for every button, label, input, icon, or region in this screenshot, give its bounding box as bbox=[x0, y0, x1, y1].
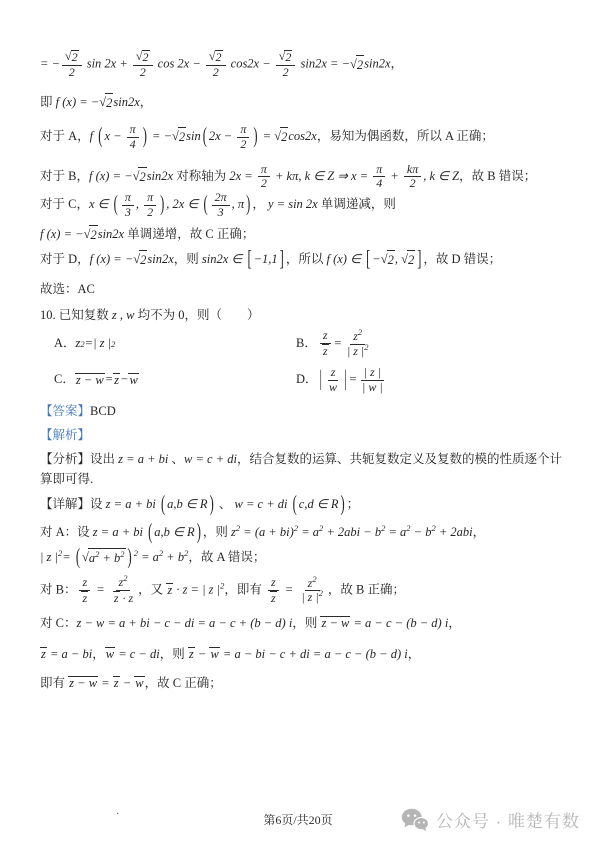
overline-conjugate: z bbox=[113, 373, 120, 388]
sqrt-radical: √a2 + b2 bbox=[82, 548, 126, 568]
fraction: 2π3 bbox=[212, 191, 230, 220]
close-delimiter: ) bbox=[246, 188, 250, 222]
document-page: = −√22 sin 2x + √22 cos 2x − √22 cos2x −… bbox=[0, 0, 596, 842]
sqrt-radical: √2 bbox=[99, 93, 113, 113]
sqrt-radical: √2 bbox=[65, 50, 79, 65]
wechat-icon bbox=[401, 808, 429, 832]
sqrt-radical: √2 bbox=[133, 250, 147, 270]
fraction: zz bbox=[319, 329, 332, 359]
line-options-row-2-col-1: C．z − w = z − w bbox=[54, 370, 296, 390]
sqrt-radical: √2 bbox=[381, 250, 395, 270]
fraction: √22 bbox=[276, 50, 296, 80]
open-delimiter: | bbox=[320, 363, 323, 397]
sqrt-radical: √2 bbox=[279, 50, 293, 65]
close-delimiter: ) bbox=[340, 488, 344, 522]
open-delimiter: ( bbox=[148, 516, 152, 550]
document-content: = −√22 sin 2x + √22 cos 2x − √22 cos2x −… bbox=[40, 50, 566, 694]
sqrt-radical: √2 bbox=[209, 50, 223, 65]
fraction: π2 bbox=[237, 123, 249, 152]
fraction: √22 bbox=[133, 50, 153, 80]
line-answer-line: 【答案】BCD bbox=[40, 402, 566, 421]
overline-conjugate: z bbox=[113, 591, 120, 605]
line-options-row-1-col-1: A．z2 =| z |2 bbox=[54, 334, 296, 354]
line-options-row-2: C．z − w = z − wD．|zw| = | z || w | bbox=[40, 366, 566, 395]
overline-conjugate: w bbox=[105, 647, 115, 662]
close-delimiter: | bbox=[344, 363, 347, 397]
fraction: π2 bbox=[258, 163, 270, 192]
overline-conjugate: w bbox=[209, 647, 219, 662]
sqrt-radical: √2 bbox=[84, 225, 98, 245]
overline-conjugate: z bbox=[81, 591, 88, 605]
line-option-a-analysis: 对于 A，f (x − π4) = −√2sin(2x − π2) = √2co… bbox=[40, 123, 566, 152]
overline-conjugate: z bbox=[188, 647, 195, 662]
sqrt-radical: √2 bbox=[274, 127, 288, 147]
open-delimiter: ( bbox=[293, 488, 297, 522]
overline-conjugate: z − w bbox=[75, 373, 105, 388]
sqrt-radical: √2 bbox=[172, 127, 186, 147]
page-number: 第6页/共20页 bbox=[263, 811, 332, 828]
line-detail-a: 对 A：设 z = a + bi (a,b ∈ R)，则 z2 = (a + b… bbox=[40, 523, 566, 542]
footer-dot: · bbox=[116, 809, 119, 820]
open-delimiter: ( bbox=[98, 120, 102, 154]
line-options-row-2-col-2: D．|zw| = | z || w | bbox=[296, 366, 388, 395]
line-eq-simplify: = −√22 sin 2x + √22 cos 2x − √22 cos2x −… bbox=[40, 50, 566, 80]
line-detail-c-2: z = a − bi，w = c − di，则 z − w = a − bi −… bbox=[40, 645, 566, 664]
close-delimiter: ) bbox=[210, 488, 214, 522]
open-delimiter: ( bbox=[76, 540, 80, 574]
superscript: 2 bbox=[312, 574, 316, 584]
open-delimiter: ( bbox=[203, 120, 207, 154]
line-detail-b: 对 B：zz = z2z · z，又 z · z = | z |2，即有 zz … bbox=[40, 576, 566, 606]
sqrt-radical: √2 bbox=[350, 55, 364, 75]
fraction: zz bbox=[78, 576, 91, 606]
line-analysis-label: 【解析】 bbox=[40, 426, 566, 445]
close-delimiter: ) bbox=[128, 540, 132, 574]
open-delimiter: ( bbox=[161, 488, 165, 522]
open-delimiter: [ bbox=[366, 243, 370, 277]
line-detail-c-1: 对 C：z − w = a + bi − c − di = a − c + (b… bbox=[40, 614, 566, 633]
line-answer-choice-9: 故选：AC bbox=[40, 280, 566, 299]
sqrt-radical: √2 bbox=[136, 50, 150, 65]
fraction: √22 bbox=[62, 50, 82, 80]
line-option-c-analysis-2: f (x) = −√2sin2x 单调递增，故 C 正确； bbox=[40, 225, 566, 245]
open-delimiter: [ bbox=[247, 243, 251, 277]
fraction: √22 bbox=[206, 50, 226, 80]
line-options-row-1-col-2: B．zz = z2| z |2 bbox=[296, 329, 373, 359]
fraction: z2| z |2 bbox=[298, 577, 326, 606]
fraction: zz bbox=[267, 576, 280, 606]
line-option-b-analysis: 对于 B，f (x) = −√2sin2x 对称轴为 2x = π2 + kπ,… bbox=[40, 163, 566, 192]
overline-conjugate: z − w bbox=[68, 676, 98, 691]
close-delimiter: ) bbox=[197, 516, 201, 550]
overline-conjugate: z bbox=[40, 647, 47, 662]
overline-conjugate: z bbox=[113, 676, 120, 691]
brand-label: 公众号 · 唯楚有数 bbox=[436, 807, 580, 832]
superscript: 2 bbox=[319, 588, 323, 598]
line-fx-definition: 即 f (x) = −√2sin2x， bbox=[40, 93, 566, 113]
fraction: z2| z |2 bbox=[344, 330, 372, 359]
fraction: kπ2 bbox=[404, 163, 421, 192]
close-delimiter: ] bbox=[417, 243, 421, 277]
overline-conjugate: z bbox=[322, 344, 329, 358]
fraction: | z || w | bbox=[359, 366, 386, 395]
brand-footer: 公众号 · 唯楚有数 bbox=[401, 807, 580, 832]
line-detail-c-3: 即有 z − w = z − w，故 C 正确； bbox=[40, 674, 566, 693]
sqrt-radical: √2 bbox=[133, 167, 147, 187]
superscript: 2 bbox=[120, 549, 124, 559]
fraction: π2 bbox=[144, 191, 156, 220]
line-detail-a-2: | z |2= (√a2 + b2)2 = a2 + b2，故 A 错误； bbox=[40, 548, 566, 568]
line-options-row-1: A．z2 =| z |2B．zz = z2| z |2 bbox=[40, 329, 566, 359]
overline-conjugate: z − w bbox=[320, 616, 350, 631]
line-question-10: 10. 已知复数 z , w 均不为 0，则（ ） bbox=[40, 306, 566, 325]
fraction: π3 bbox=[122, 191, 134, 220]
line-option-c-analysis-1: 对于 C，x ∈ (π3, π2), 2x ∈ (2π3, π)， y = si… bbox=[40, 191, 566, 220]
close-delimiter: ) bbox=[253, 120, 257, 154]
line-detail-setup: 【详解】设 z = a + bi (a,b ∈ R) 、 w = c + di … bbox=[40, 495, 566, 514]
fraction: z2z · z bbox=[110, 576, 136, 606]
section-label: 【解析】 bbox=[40, 428, 90, 442]
line-analysis-line: 【分析】设出 z = a + bi 、w = c + di，结合复数的运算、共轭… bbox=[40, 450, 566, 489]
close-delimiter: ) bbox=[160, 188, 164, 222]
close-delimiter: ) bbox=[143, 120, 147, 154]
overline-conjugate: w bbox=[128, 373, 138, 388]
superscript: 2 bbox=[364, 342, 368, 352]
close-delimiter: ] bbox=[280, 243, 284, 277]
fraction: π4 bbox=[373, 163, 385, 192]
fraction: zw bbox=[326, 366, 340, 395]
open-delimiter: ( bbox=[114, 188, 118, 222]
overline-conjugate: z bbox=[270, 591, 277, 605]
line-option-d-analysis: 对于 D，f (x) = −√2sin2x，则 sin2x ∈ [−1,1]，所… bbox=[40, 250, 566, 270]
superscript: 2 bbox=[358, 327, 362, 337]
overline-conjugate: w bbox=[134, 676, 144, 691]
open-delimiter: ( bbox=[203, 188, 207, 222]
sqrt-radical: √2 bbox=[401, 250, 415, 270]
fraction: π4 bbox=[127, 123, 139, 152]
section-label: 【答案】 bbox=[40, 404, 90, 418]
